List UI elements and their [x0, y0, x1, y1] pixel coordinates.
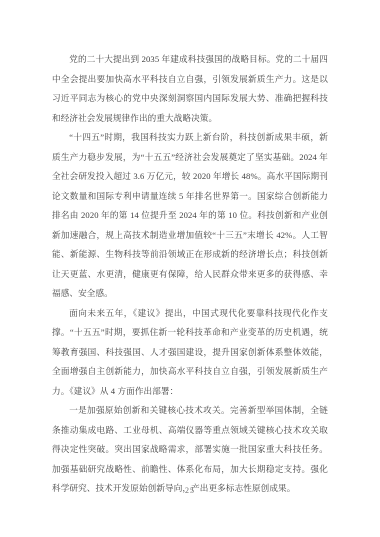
document-page: 党的二十大提出到 2035 年建成科技强国的战略目标。党的二十届四中全会提出要加…	[0, 0, 380, 537]
paragraph-deployment-point-1: 一是加强原始创新和关键核心技术攻关。完善新型举国体制，全链条推动集成电路、工业母…	[52, 401, 328, 499]
paragraph-145-achievements: “十四五”时期，我国科技实力跃上新台阶，科技创新成果丰硕，新质生产力稳步发展，为…	[52, 128, 328, 304]
page-number: 25	[0, 486, 380, 495]
paragraph-strategic-goal: 党的二十大提出到 2035 年建成科技强国的战略目标。党的二十届四中全会提出要加…	[52, 50, 328, 128]
page-body-text: 党的二十大提出到 2035 年建成科技强国的战略目标。党的二十届四中全会提出要加…	[52, 50, 328, 499]
paragraph-155-outlook: 面向未来五年，《建议》提出，中国式现代化要靠科技现代化作支撑。“十五五”时期，要…	[52, 304, 328, 402]
